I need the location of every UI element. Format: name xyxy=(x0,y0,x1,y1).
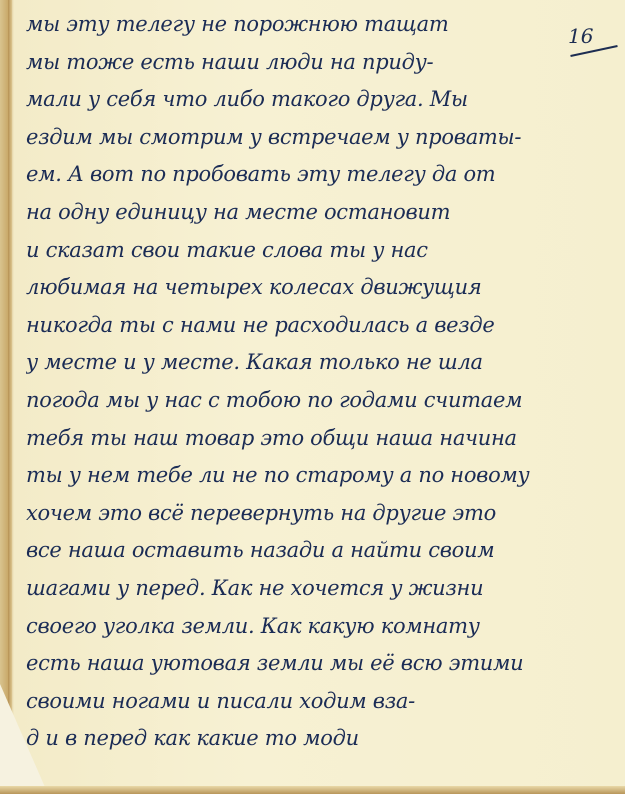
text-line: ты у нем тебе ли не по старому а по ново… xyxy=(26,457,596,495)
text-line: ездим мы смотрим у встречаем у проваты- xyxy=(26,119,596,157)
text-line: на одну единицу на месте остановит xyxy=(26,194,596,232)
page-bottom-edge xyxy=(0,786,625,794)
text-line: погода мы у нас с тобою по годами считае… xyxy=(26,382,596,420)
text-line: мы эту телегу не порожнюю тащат xyxy=(26,6,596,44)
torn-page-corner xyxy=(0,684,48,794)
text-line: у месте и у месте. Какая только не шла xyxy=(26,344,596,382)
text-line: хочем это всё перевернуть на другие это xyxy=(26,495,596,533)
text-line: тебя ты наш товар это общи наша начина xyxy=(26,420,596,458)
text-line: мы тоже есть наши люди на приду- xyxy=(26,44,596,82)
text-line: д и в перед как какие то моди xyxy=(26,720,596,758)
text-line: никогда ты с нами не расходилась а везде xyxy=(26,307,596,345)
handwritten-text-block: мы эту телегу не порожнюю тащат мы тоже … xyxy=(26,6,596,758)
notebook-page: 16 мы эту телегу не порожнюю тащат мы то… xyxy=(0,0,625,794)
text-line: ем. А вот по пробовать эту телегу да от xyxy=(26,156,596,194)
text-line: своего уголка земли. Как какую комнату xyxy=(26,608,596,646)
page-spine xyxy=(8,0,12,794)
text-line: своими ногами и писали ходим вза- xyxy=(26,683,596,721)
text-line: мали у себя что либо такого друга. Мы xyxy=(26,81,596,119)
text-line: шагами у перед. Как не хочется у жизни xyxy=(26,570,596,608)
text-line: любимая на четырех колесах движущия xyxy=(26,269,596,307)
text-line: и сказат свои такие слова ты у нас xyxy=(26,232,596,270)
text-line: есть наша уютовая земли мы её всю этими xyxy=(26,645,596,683)
text-line: все наша оставить назади а найти своим xyxy=(26,532,596,570)
